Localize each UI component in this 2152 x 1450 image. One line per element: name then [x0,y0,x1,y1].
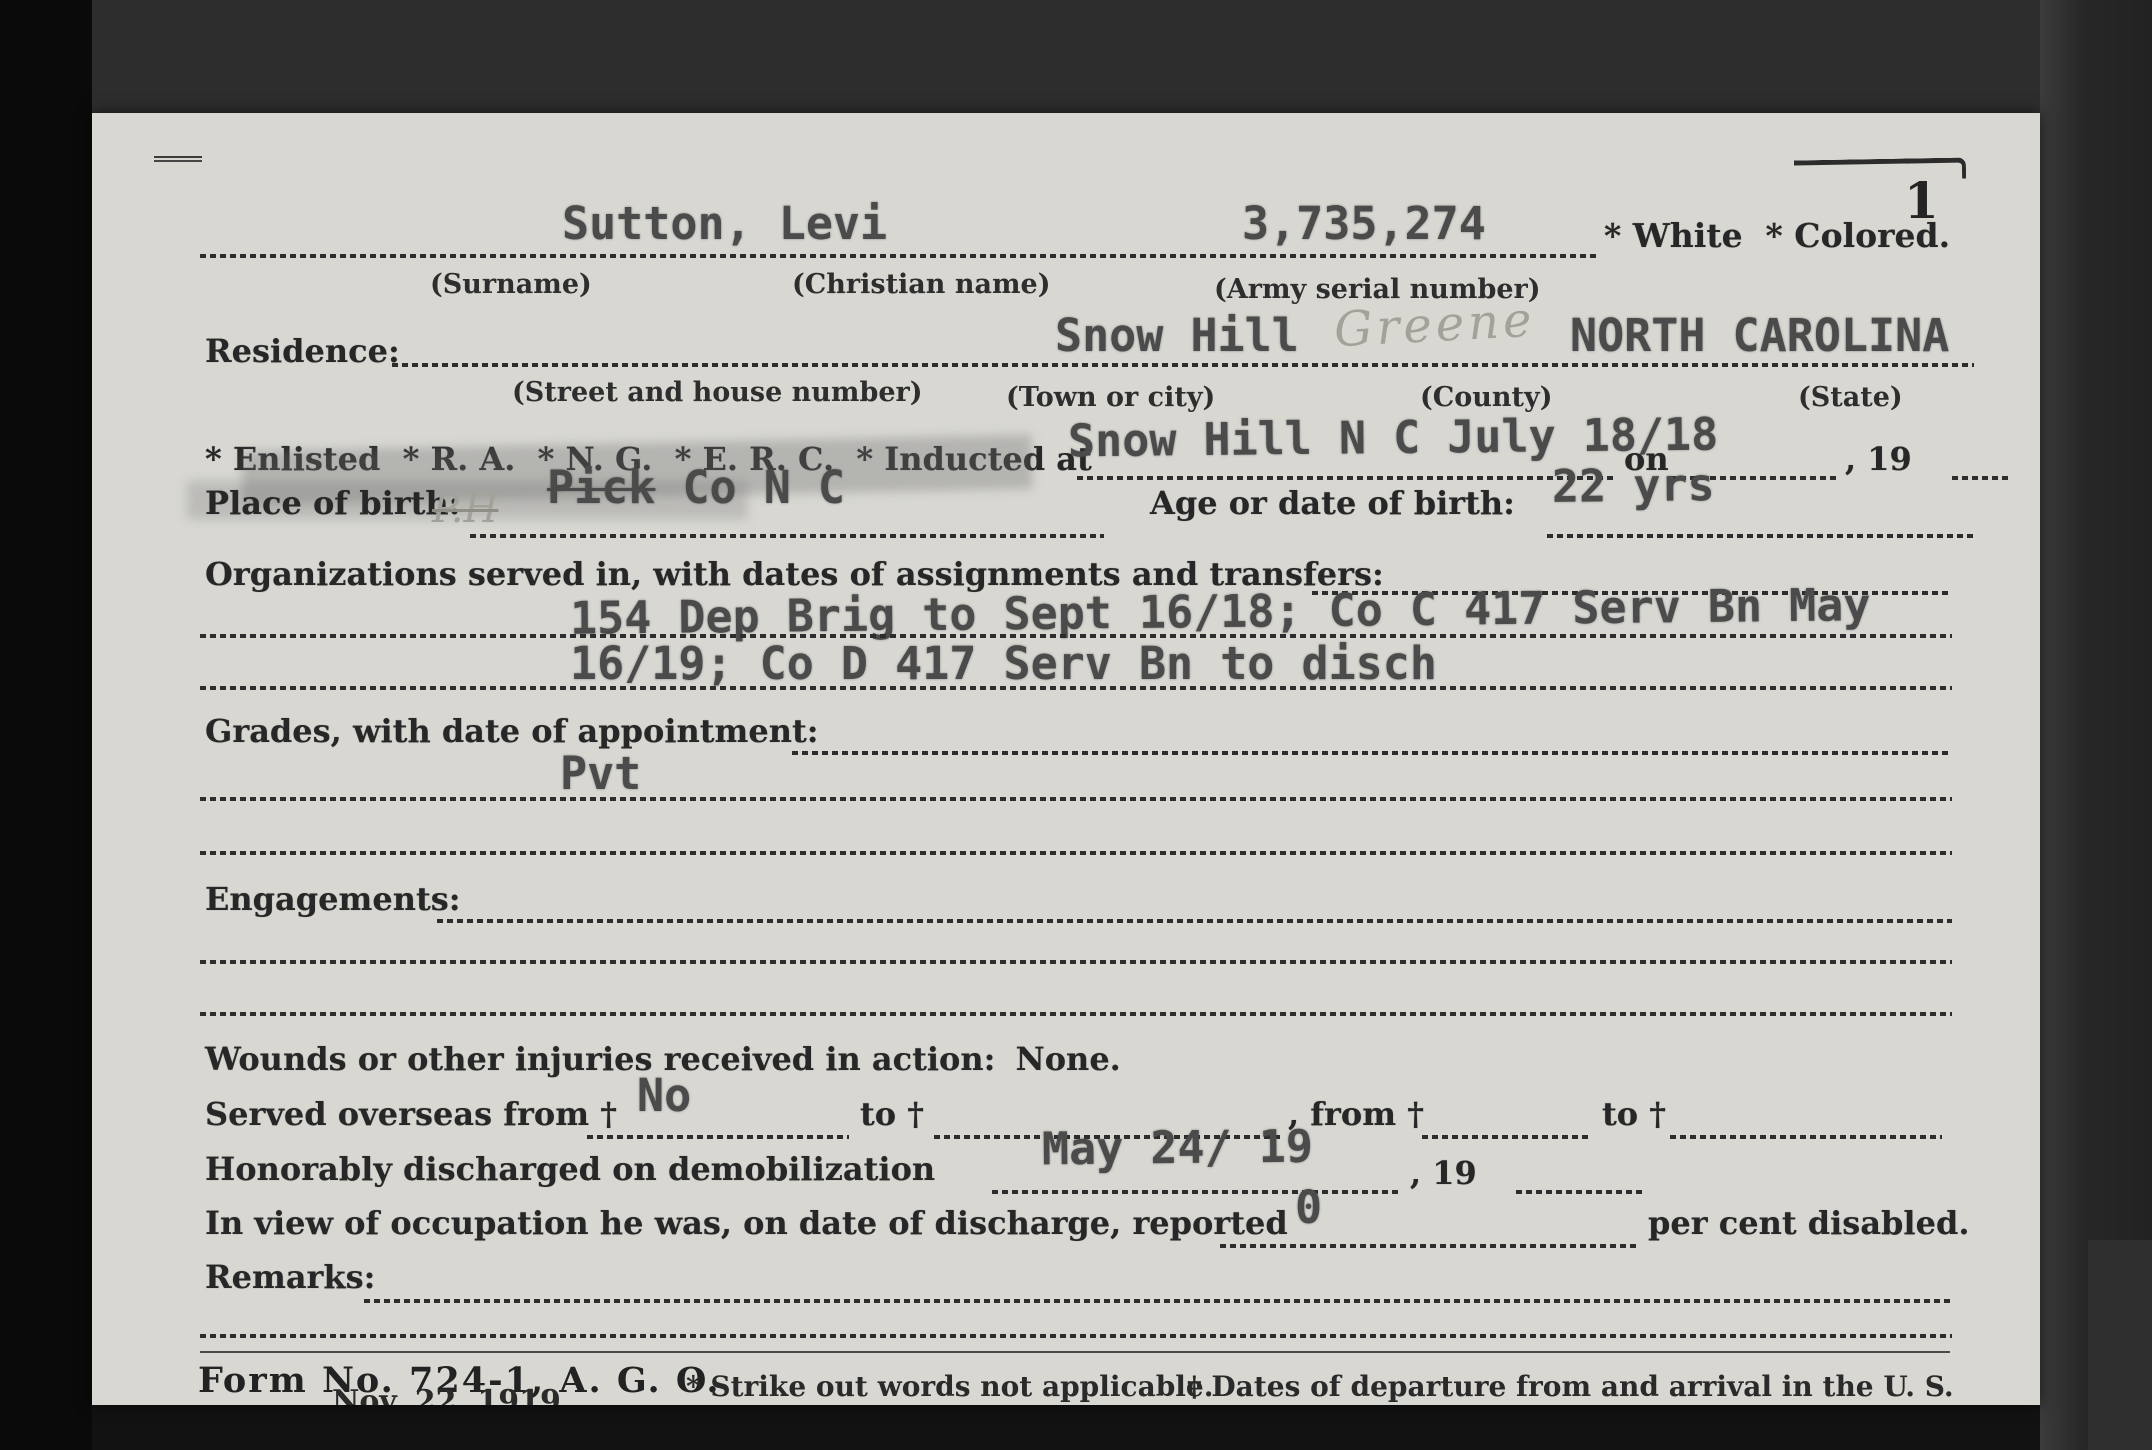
county-label: (County) [1420,384,1552,411]
enlistment-year-label: , 19 [1845,443,1912,475]
inducted-at-value: Snow Hill N C July 18/18 [1068,412,1719,464]
birthplace-struck-word: Pick [547,461,655,514]
surname-label: (Surname) [430,271,592,298]
dotted-line [792,751,1952,755]
organizations-line2: 16/19; Co D 417 Serv Bn to disch [570,641,1437,686]
residence-town-value: Snow Hill [1055,313,1299,358]
dotted-line [1952,476,2008,480]
discharge-year-label: , 19 [1410,1157,1477,1189]
birthplace-typed-value: Pick Co N C [547,465,845,510]
dotted-line [587,1135,849,1139]
dotted-line [364,1299,1950,1303]
christian-name-label: (Christian name) [792,271,1050,298]
dotted-line [1516,1190,1644,1194]
remarks-label: Remarks: [205,1261,375,1293]
dotted-line [200,851,1952,855]
dotted-line [1547,534,1975,538]
scan-film-edge [0,0,92,1450]
dotted-line [470,534,1104,538]
stray-pen-mark [154,156,202,158]
wounds-label: Wounds or other injuries received in act… [205,1040,995,1078]
state-label: (State) [1798,384,1903,411]
age-value: 22 yrs [1552,462,1715,509]
scan-background-top [92,0,2152,113]
street-label: (Street and house number) [512,379,923,406]
service-record-card: 1 Sutton, Levi 3,735,274 * White * Color… [92,113,2040,1405]
dotted-line [392,363,1974,367]
dotted-line [1670,1135,1942,1139]
grades-label: Grades, with date of appointment: [205,715,819,747]
disability-suffix: per cent disabled. [1648,1207,1969,1239]
scanned-page: 1 Sutton, Levi 3,735,274 * White * Color… [0,0,2152,1450]
birthplace-label: Place of birth: [205,487,460,519]
page-corner-mark [1794,158,1966,182]
scan-background-right [2040,0,2152,1450]
overseas-from-label: Served overseas from † [205,1098,617,1130]
disability-label: In view of occupation he was, on date of… [205,1207,1288,1239]
dagger-note: † Dates of departure from and arrival in… [1187,1373,1954,1401]
serial-value: 3,735,274 [1242,201,1486,246]
dotted-line [1220,1244,1636,1248]
age-label: Age or date of birth: [1150,487,1515,519]
residence-label: Residence: [205,335,400,367]
residence-state-value: NORTH CAROLINA [1570,313,1949,358]
town-label: (Town or city) [1006,384,1215,411]
dotted-line [1077,476,1617,480]
disability-value: 0 [1295,1185,1322,1230]
dotted-line [1422,1135,1588,1139]
organizations-line1: 154 Dep Brig to Sept 16/18; Co C 417 Ser… [570,582,1871,641]
scan-background-corner [2088,1240,2152,1450]
discharge-label: Honorably discharged on demobilization [205,1153,935,1185]
wounds-value: None. [1015,1040,1120,1078]
dotted-line [992,1190,1400,1194]
dotted-line [200,960,1952,964]
surname-value: Sutton, Levi [562,201,887,246]
scan-background-bottom [92,1405,2040,1450]
race-options: * White * Colored. [1604,219,1950,252]
strike-note: * Strike out words not applicable. [686,1373,1214,1401]
residence-county-handwritten: Greene [1333,296,1537,354]
form-date: Nov. 22, 1919 [332,1387,561,1405]
overseas-to2-label: to † [1602,1098,1666,1130]
overseas-to-label: to † [860,1098,924,1130]
dotted-line [200,797,1952,801]
dotted-line [437,919,1952,923]
dotted-line [200,1012,1952,1016]
dotted-line [200,686,1952,690]
dotted-line [200,1334,1952,1338]
overseas-from-value: No [637,1073,691,1118]
grades-value: Pvt [560,751,641,796]
rule-line [200,1351,1950,1353]
birthplace-rest: Co N C [655,461,845,514]
engagements-label: Engagements: [205,883,461,915]
birthplace-handwritten: P.H [432,489,498,529]
discharge-date-value: May 24/ 19 [1042,1124,1313,1172]
dotted-line [200,254,1596,258]
